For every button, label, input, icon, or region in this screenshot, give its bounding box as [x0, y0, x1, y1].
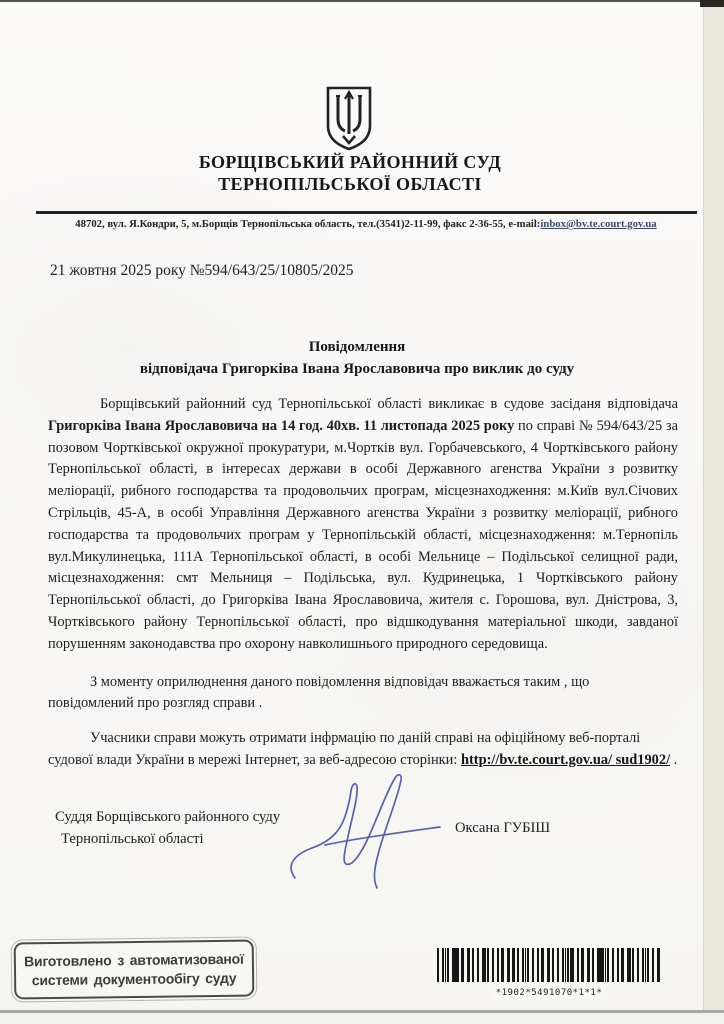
court-contact-line: 48702, вул. Я.Кондри, 5, м.Борщів Терноп… — [30, 218, 702, 230]
barcode-number: *1902*5491070*1*1* — [492, 988, 607, 999]
judge-name: Оксана ГУБІШ — [455, 820, 550, 837]
court-name: БОРЩІВСЬКИЙ РАЙОННИЙ СУД ТЕРНОПІЛЬСЬКОЇ … — [0, 152, 700, 195]
handwritten-signature — [285, 770, 455, 892]
automated-system-stamp: Виготовлено з автоматизованої системи до… — [14, 940, 255, 1000]
paragraph-web-portal: Учасники справи можуть отримати інфрмаці… — [48, 728, 678, 772]
scan-edge-top-line — [0, 0, 724, 2]
court-name-line1: БОРЩІВСЬКИЙ РАЙОННИЙ СУД — [0, 152, 700, 174]
scanned-court-document: БОРЩІВСЬКИЙ РАЙОННИЙ СУД ТЕРНОПІЛЬСЬКОЇ … — [0, 0, 724, 1024]
title-line1: Повідомлення — [0, 336, 714, 358]
judge-title-line2: Тернопільської області — [55, 828, 280, 850]
judge-title: Суддя Борщівського районного суду Терноп… — [55, 806, 280, 850]
document-title: Повідомлення відповідача Григорківа Іван… — [0, 336, 714, 380]
contact-text: 48702, вул. Я.Кондри, 5, м.Борщів Терноп… — [75, 218, 540, 230]
scan-edge-bottom-band — [0, 1013, 724, 1024]
hearing-datetime-bold: Григорківа Івана Ярославовича на 14 год.… — [48, 418, 514, 434]
court-name-line2: ТЕРНОПІЛЬСЬКОЇ ОБЛАСТІ — [0, 174, 700, 196]
paragraph-summons: Борщівський районний суд Тернопільської … — [48, 394, 678, 656]
barcode-bars — [437, 948, 661, 982]
paragraph-notice: З моменту оприлюднення даного повідомлен… — [48, 672, 678, 716]
document-barcode: *1902*5491070*1*1* — [437, 948, 661, 1000]
judge-title-line1: Суддя Борщівського районного суду — [55, 806, 280, 828]
summons-text-before: Борщівський районний суд Тернопільської … — [100, 396, 678, 412]
date-and-case-number: 21 жовтня 2025 року №594/643/25/10805/20… — [50, 262, 354, 280]
ukraine-trident-coat-of-arms-icon — [324, 85, 374, 153]
scan-edge-corner — [700, 0, 724, 7]
scan-edge-right-band — [703, 0, 724, 1024]
court-email: inbox@bv.te.court.gov.ua — [540, 218, 656, 230]
document-body: Борщівський районний суд Тернопільської … — [48, 394, 678, 772]
header-divider — [36, 211, 697, 214]
title-line2: відповідача Григорківа Івана Ярославович… — [0, 358, 714, 380]
summons-text-after: по справі № 594/643/25 за позовом Чорткі… — [48, 418, 678, 652]
web-portal-text-end: . — [670, 752, 677, 768]
court-web-url: http://bv.te.court.gov.ua/ sud1902/ — [461, 752, 670, 768]
stamp-line2: системи документообігу суду — [16, 968, 252, 989]
